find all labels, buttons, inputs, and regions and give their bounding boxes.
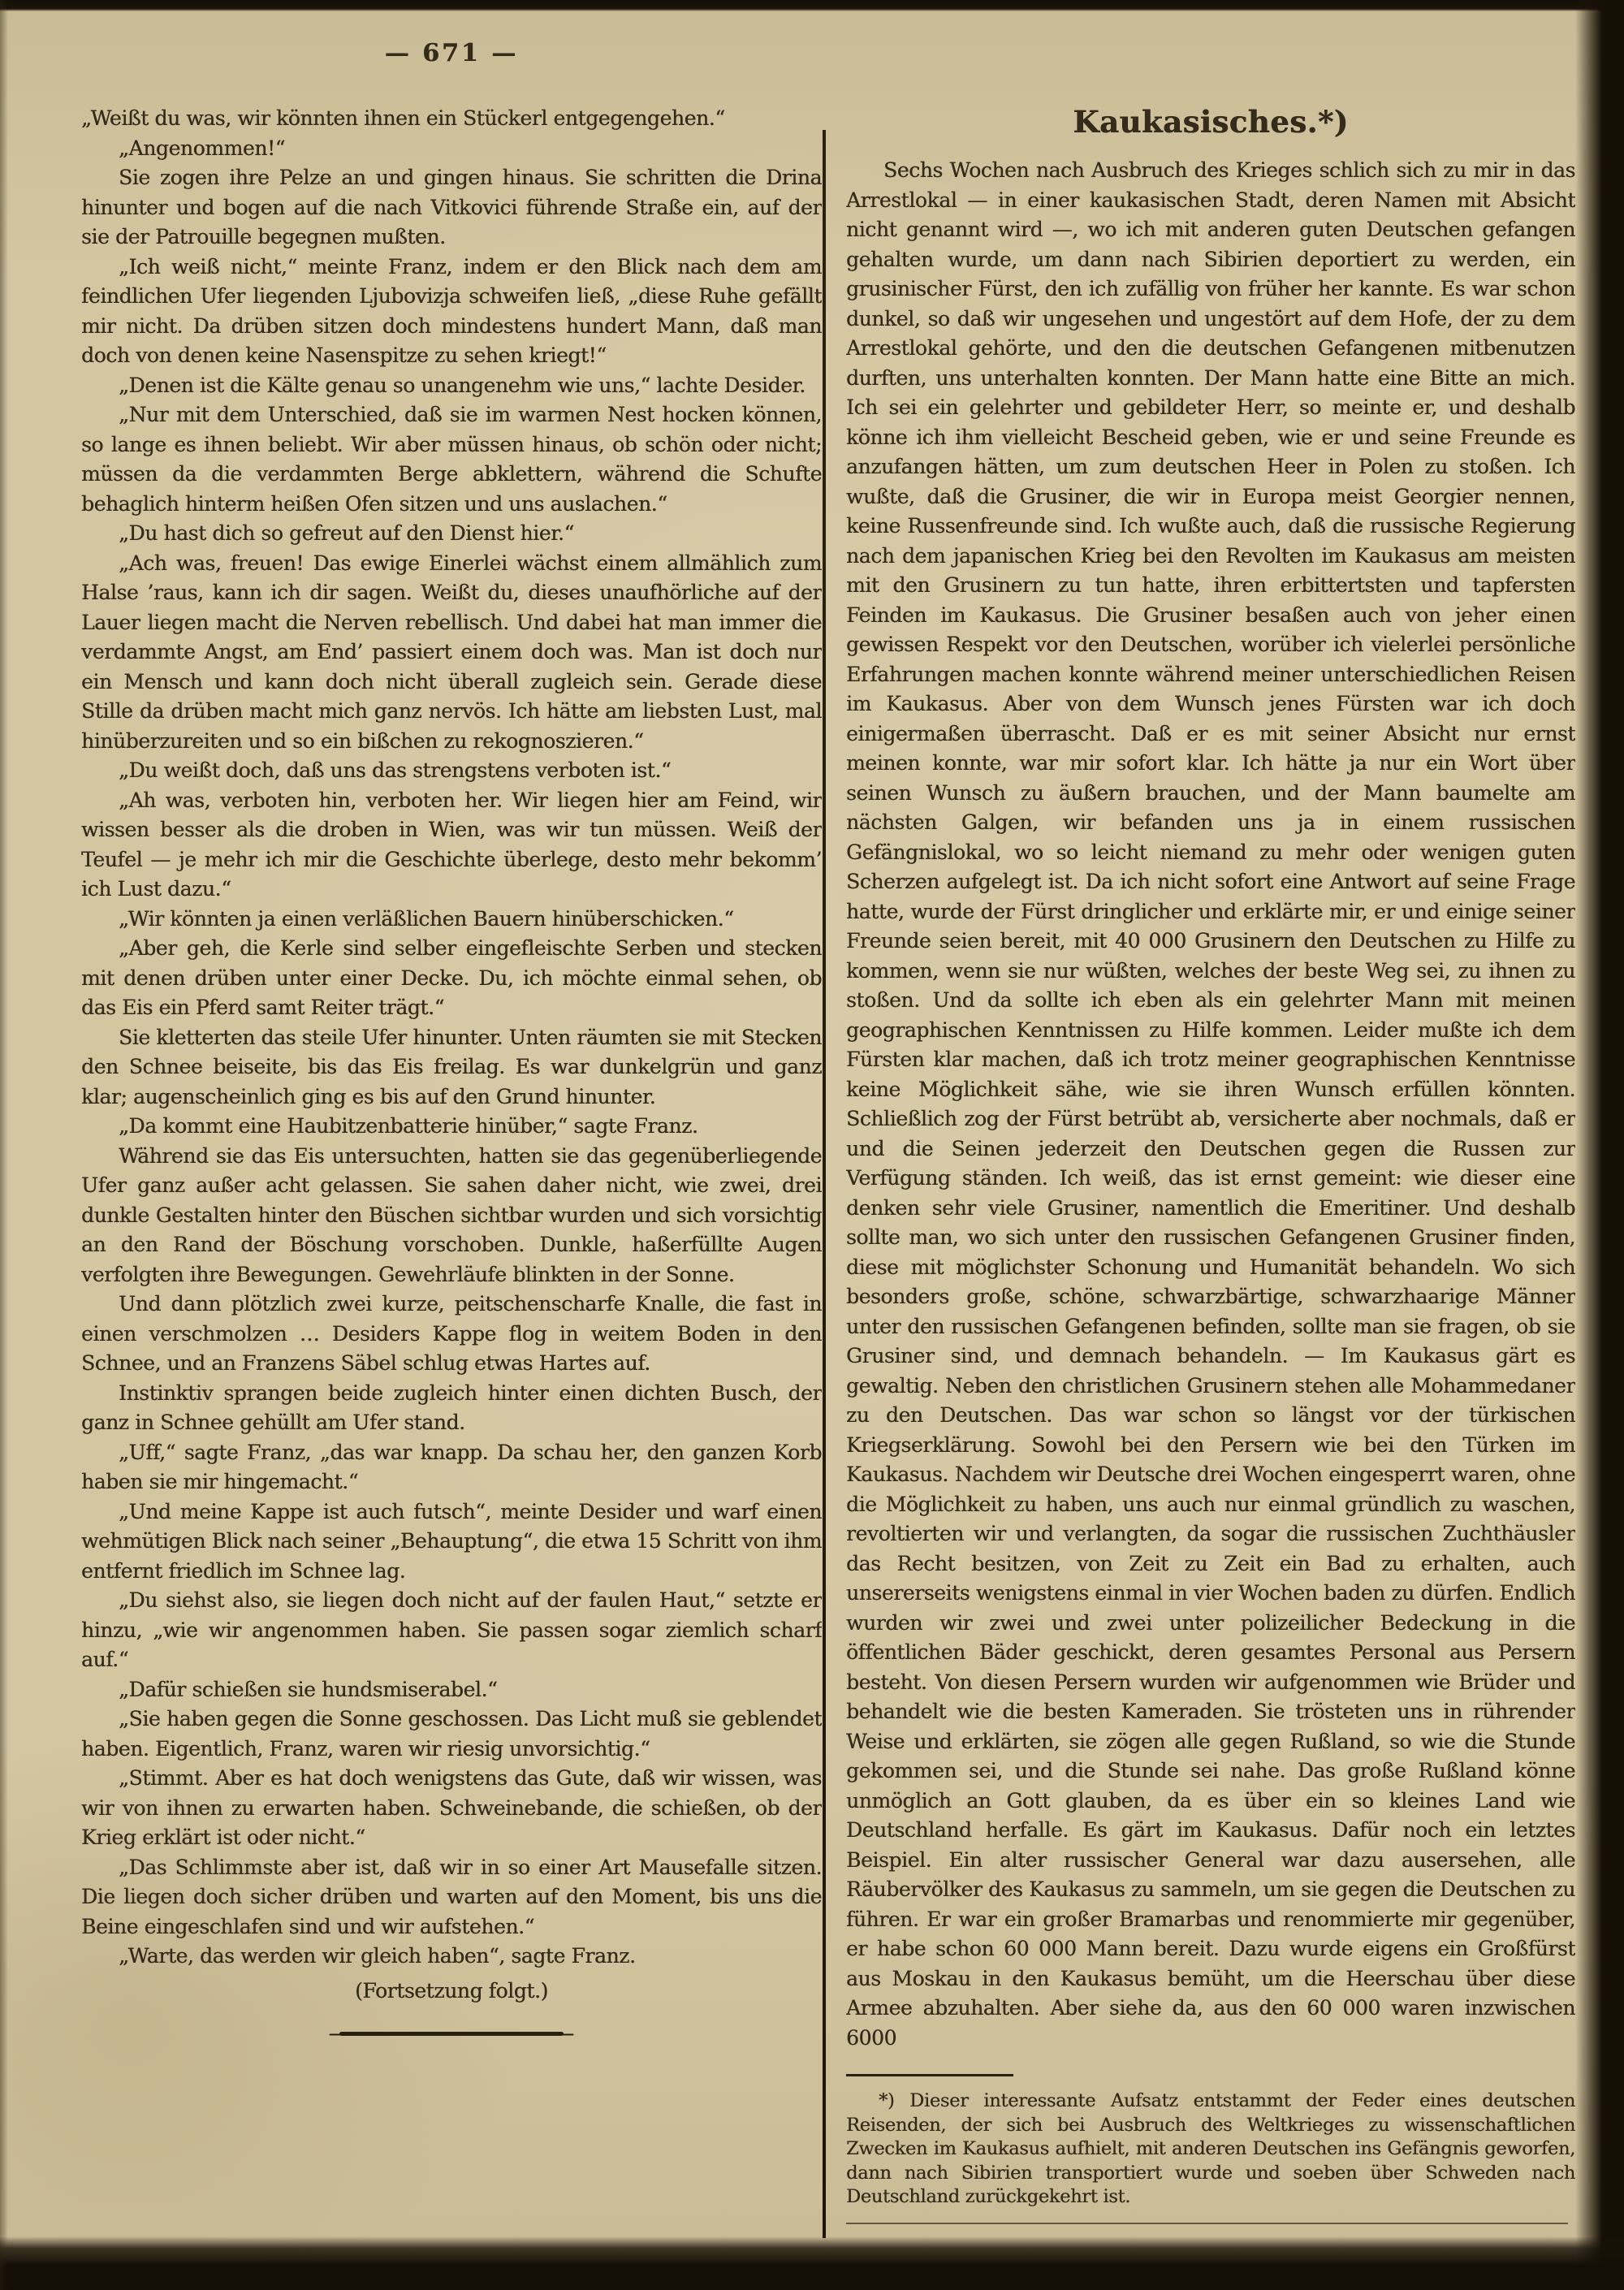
- left-column: „Weißt du was, wir könnten ihnen ein Stü…: [81, 104, 822, 2232]
- story-paragraph: „Ah was, verboten hin, verboten her. Wir…: [81, 786, 822, 905]
- story-paragraph: Während sie das Eis untersuchten, hatten…: [81, 1142, 822, 1290]
- article-body: Sechs Wochen nach Ausbruch des Krieges s…: [846, 156, 1575, 2053]
- story-paragraph: Und dann plötzlich zwei kurze, peitschen…: [81, 1290, 822, 1379]
- story-paragraph: „Du siehst also, sie liegen doch nicht a…: [81, 1586, 822, 1675]
- story-paragraph: „Angenommen!“: [81, 134, 822, 164]
- story-paragraph: Instinktiv sprangen beide zugleich hinte…: [81, 1379, 822, 1438]
- story-paragraph: „Wir könnten ja einen verläßlichen Bauer…: [81, 905, 822, 935]
- column-bottom-rule: [846, 2223, 1568, 2224]
- story-paragraph: „Uff,“ sagte Franz, „das war knapp. Da s…: [81, 1438, 822, 1497]
- story-paragraph: „Aber geh, die Kerle sind selber eingefl…: [81, 934, 822, 1023]
- story-paragraph: „Ach was, freuen! Das ewige Einerlei wäc…: [81, 549, 822, 757]
- story-end-rule: [339, 2032, 564, 2036]
- footnote-separator-rule: [846, 2074, 1013, 2076]
- continuation-note: (Fortsetzung folgt.): [81, 1977, 822, 2007]
- column-divider-rule: [823, 130, 826, 2238]
- story-paragraph: „Du weißt doch, daß uns das strengstens …: [81, 756, 822, 786]
- story-paragraph: „Da kommt eine Haubitzenbatterie hinüber…: [81, 1112, 822, 1142]
- story-paragraph: „Ich weiß nicht,“ meinte Franz, indem er…: [81, 253, 822, 371]
- scan-edge-bottom: [0, 2236, 1624, 2290]
- page-number: — 671 —: [81, 39, 822, 67]
- story-paragraph: „Dafür schießen sie hundsmiserabel.“: [81, 1675, 822, 1705]
- scan-edge-left: [0, 0, 8, 2290]
- article-footnote: *) Dieser interessante Aufsatz entstammt…: [846, 2089, 1575, 2210]
- story-paragraph: „Weißt du was, wir könnten ihnen ein Stü…: [81, 104, 822, 134]
- scan-edge-top: [0, 0, 1624, 11]
- story-paragraph: „Denen ist die Kälte genau so unangenehm…: [81, 371, 822, 401]
- right-column: Kaukasisches.*) Sechs Wochen nach Ausbru…: [846, 104, 1575, 2235]
- article-title: Kaukasisches.*): [846, 104, 1575, 140]
- story-paragraph: „Du hast dich so gefreut auf den Dienst …: [81, 519, 822, 549]
- story-paragraphs: „Weißt du was, wir könnten ihnen ein Stü…: [81, 104, 822, 1972]
- story-paragraph: „Stimmt. Aber es hat doch wenigstens das…: [81, 1764, 822, 1853]
- story-paragraph: „Nur mit dem Unterschied, daß sie im war…: [81, 400, 822, 519]
- story-paragraph: Sie kletterten das steile Ufer hinunter.…: [81, 1023, 822, 1113]
- story-paragraph: Sie zogen ihre Pelze an und gingen hinau…: [81, 163, 822, 253]
- story-paragraph: „Warte, das werden wir gleich haben“, sa…: [81, 1942, 822, 1972]
- story-paragraph: „Sie haben gegen die Sonne geschossen. D…: [81, 1705, 822, 1764]
- scan-edge-right: [1575, 0, 1624, 2290]
- story-paragraph: „Das Schlimmste aber ist, daß wir in so …: [81, 1853, 822, 1942]
- scanned-magazine-page: { "colors": { "paper": "#d4c6a1", "paper…: [0, 0, 1624, 2290]
- story-paragraph: „Und meine Kappe ist auch futsch“, meint…: [81, 1497, 822, 1587]
